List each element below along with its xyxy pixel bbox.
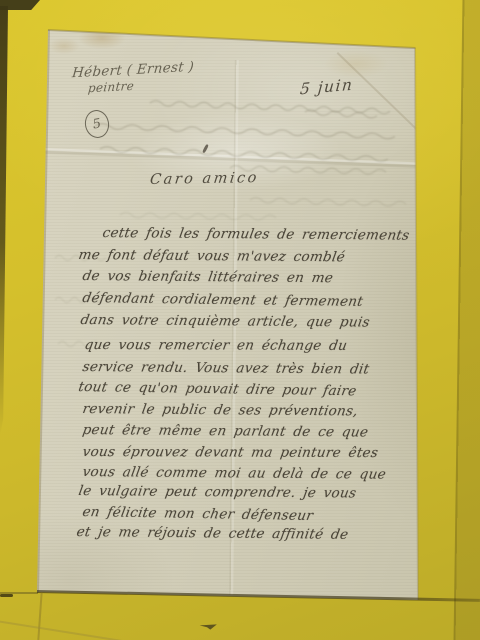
letter-line: service rendu. Vous avez très bien dit — [81, 359, 370, 377]
letter-line: le vulgaire peut comprendre. je vous — [77, 483, 357, 501]
pencil-annotation-role: peintre — [87, 79, 134, 95]
letter-line: vous éprouvez devant ma peinture êtes — [81, 444, 379, 461]
letter-line: cette fois les formules de remerciements — [101, 225, 410, 244]
letter-photograph: Hébert ( Ernest ) peintre 5 5 juin Caro … — [0, 0, 480, 640]
letter-salutation: Caro amico — [149, 170, 260, 188]
letter-line: de vos bienfaits littéraires en me — [81, 268, 334, 286]
letter-line: dans votre cinquième article, que puis — [79, 312, 371, 331]
letter-line: me font défaut vous m'avez comblé — [77, 247, 346, 265]
circled-number-value: 5 — [91, 116, 102, 132]
letter-line: et je me réjouis de cette affinité de — [75, 524, 349, 543]
letter-line: revenir le public de ses préventions, — [81, 401, 359, 419]
letter-line: vous allé comme moi au delà de ce que — [81, 464, 387, 483]
dark-dash-bottom-left — [0, 594, 13, 597]
letter-paper: Hébert ( Ernest ) peintre 5 5 juin Caro … — [0, 0, 480, 640]
letter-line: que vous remercier en échange du — [83, 337, 348, 354]
letter-line: peut être même en parlant de ce que — [81, 422, 369, 440]
